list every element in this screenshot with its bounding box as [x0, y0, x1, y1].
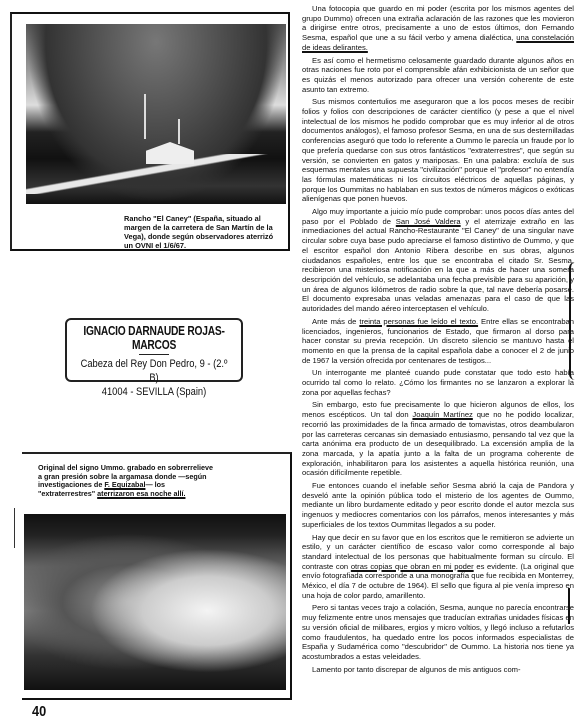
stamp-name: IGNACIO DARNAUDE ROJAS-MARCOS — [83, 324, 226, 352]
underlined-phrase: San José Valdera — [396, 217, 461, 226]
caption-underlined: aterrizaron esa noche allí. — [97, 489, 185, 498]
handwritten-bracket — [569, 262, 579, 380]
paragraph-text: Es así como el hermetismo celosamente gu… — [302, 56, 574, 94]
underlined-phrase: Joaquín Martínez — [412, 410, 472, 419]
article-paragraph: Un interrogante me planteé cuando pude c… — [302, 368, 574, 397]
article-paragraph: Lamento por tanto discrepar de algunos d… — [302, 665, 574, 675]
article-paragraph: Fue entonces cuando el inefable señor Se… — [302, 481, 574, 530]
article-paragraph: Pero si tantas veces trajo a colación, S… — [302, 603, 574, 661]
paragraph-text: Ante más de — [312, 317, 359, 326]
pole-shape — [144, 94, 146, 139]
photo-caption-rancho: Rancho "El Caney" (España, situado al ma… — [124, 214, 284, 250]
pole-shape — [178, 119, 180, 144]
article-paragraph: Ante más de treinta personas fue leído e… — [302, 317, 574, 366]
article-paragraph: Hay que decir en su favor que en los esc… — [302, 533, 574, 601]
underlined-phrase: treinta personas fue leído el texto. — [359, 317, 478, 326]
stamp-divider — [139, 354, 169, 355]
photo-frame-ummo-sign: Original del signo Ummo. grabado en sobr… — [22, 452, 292, 700]
photo-frame-rancho: Rancho "El Caney" (España, situado al ma… — [10, 12, 290, 251]
article-paragraph: Algo muy importante a juicio mío pude co… — [302, 207, 574, 314]
paragraph-text: y el aterrizaje extraño en las inmediaci… — [302, 217, 574, 313]
stamp-address-line2: 41004 - SEVILLA (Spain) — [80, 385, 228, 399]
paragraph-text: Un interrogante me planteé cuando pude c… — [302, 368, 574, 396]
paragraph-text: Lamento por tanto discrepar de algunos d… — [312, 665, 521, 674]
paragraph-text: que no he podido localizar, recorrió las… — [302, 410, 574, 477]
stamp-address-line1: Cabeza del Rey Don Pedro, 9 - (2.º B) — [80, 357, 228, 385]
page-number: 40 — [32, 703, 46, 720]
photo-caption-ummo-sign: Original del signo Ummo. grabado en sobr… — [38, 464, 218, 498]
paragraph-text: Fue entonces cuando el inefable señor Se… — [302, 481, 574, 529]
handwritten-mark — [568, 588, 570, 624]
article-paragraph: Una fotocopia que guardo en mi poder (es… — [302, 4, 574, 53]
paragraph-text: Sus mismos contertulios me aseguraron qu… — [302, 97, 574, 203]
paragraph-text: Pero si tantas veces trajo a colación, S… — [302, 603, 574, 661]
article-body: Una fotocopia que guardo en mi poder (es… — [302, 4, 574, 677]
author-stamp: IGNACIO DARNAUDE ROJAS-MARCOS Cabeza del… — [65, 318, 243, 382]
article-paragraph: Es así como el hermetismo celosamente gu… — [302, 56, 574, 95]
article-paragraph: Sin embargo, esto fue precisamente lo qu… — [302, 400, 574, 478]
underlined-phrase: otras copias que obran en mi poder — [351, 562, 474, 571]
house-shape — [146, 142, 194, 164]
article-paragraph: Sus mismos contertulios me aseguraron qu… — [302, 97, 574, 204]
photograph-ranch-road-icon — [26, 24, 286, 204]
margin-rule — [14, 508, 15, 548]
photograph-ummo-sign-icon — [24, 514, 286, 690]
